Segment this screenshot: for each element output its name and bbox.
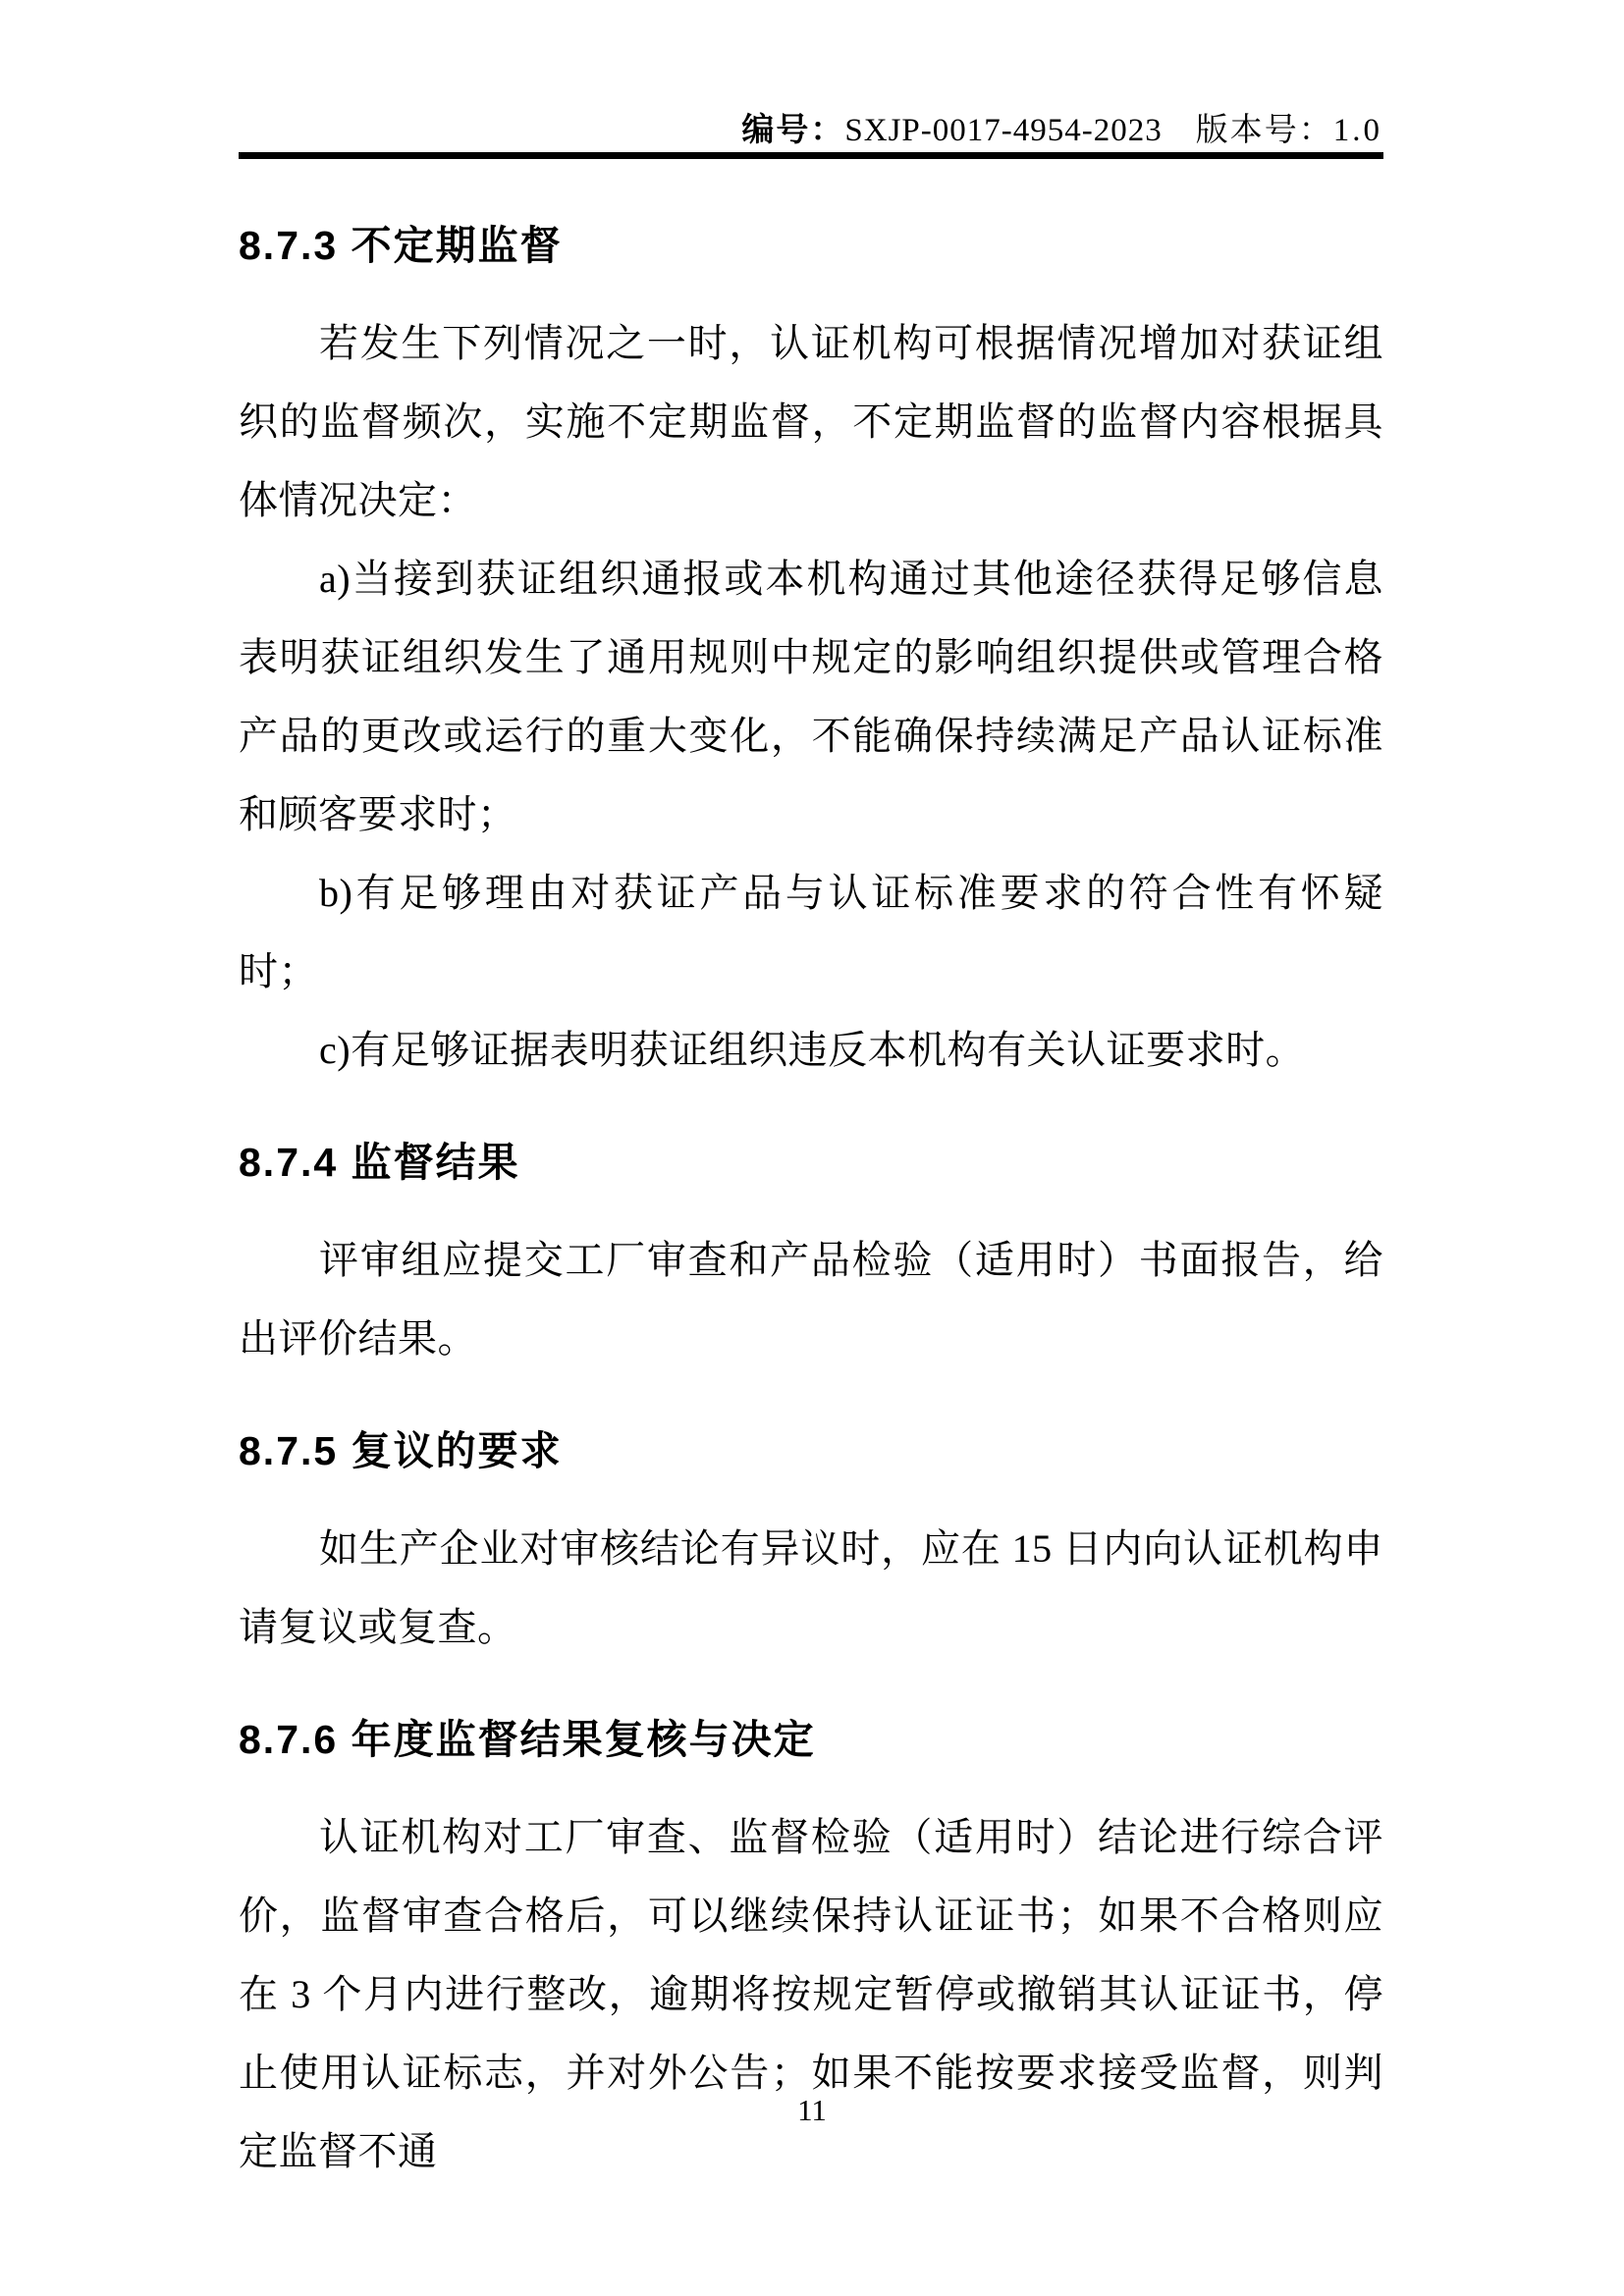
paragraph-supervision-result: 评审组应提交工厂审查和产品检验（适用时）书面报告，给出评价结果。 (239, 1221, 1383, 1378)
section-heading-supervision-result: 8.7.4 监督结果 (239, 1139, 1383, 1186)
header-rule (239, 152, 1383, 159)
paragraph-reconsideration-requirement: 如生产企业对审核结论有异议时，应在 15 日内向认证机构申请复议或复查。 (239, 1510, 1383, 1667)
document-page: 编号：SXJP-0017-4954-2023版本号：1.0 8.7.3 不定期监… (0, 0, 1624, 2296)
doc-version-label: 版本号： (1196, 113, 1333, 148)
section-heading-annual-review-decision: 8.7.6 年度监督结果复核与决定 (239, 1716, 1383, 1763)
paragraph-irregular-supervision-intro: 若发生下列情况之一时，认证机构可根据情况增加对获证组织的监督频次，实施不定期监督… (239, 304, 1383, 540)
document-header: 编号：SXJP-0017-4954-2023版本号：1.0 (741, 110, 1382, 150)
section-8-7-3: 8.7.3 不定期监督 若发生下列情况之一时，认证机构可根据情况增加对获证组织的… (239, 222, 1383, 1090)
section-heading-irregular-supervision: 8.7.3 不定期监督 (239, 222, 1383, 269)
section-8-7-4: 8.7.4 监督结果 评审组应提交工厂审查和产品检验（适用时）书面报告，给出评价… (239, 1139, 1383, 1378)
doc-number-value: SXJP-0017-4954-2023 (844, 113, 1162, 148)
doc-version-value: 1.0 (1333, 113, 1382, 148)
section-heading-reconsideration-requirement: 8.7.5 复议的要求 (239, 1427, 1383, 1474)
section-8-7-5: 8.7.5 复议的要求 如生产企业对审核结论有异议时，应在 15 日内向认证机构… (239, 1427, 1383, 1667)
page-number: 11 (0, 2093, 1624, 2128)
document-body: 8.7.3 不定期监督 若发生下列情况之一时，认证机构可根据情况增加对获证组织的… (239, 159, 1383, 2191)
doc-number-label: 编号： (741, 111, 844, 147)
paragraph-item-a: a)当接到获证组织通报或本机构通过其他途径获得足够信息表明获证组织发生了通用规则… (239, 540, 1383, 854)
paragraph-annual-review-decision: 认证机构对工厂审查、监督检验（适用时）结论进行综合评价，监督审查合格后，可以继续… (239, 1798, 1383, 2191)
paragraph-item-c: c)有足够证据表明获证组织违反本机构有关认证要求时。 (239, 1011, 1383, 1090)
paragraph-item-b: b)有足够理由对获证产品与认证标准要求的符合性有怀疑时； (239, 854, 1383, 1011)
